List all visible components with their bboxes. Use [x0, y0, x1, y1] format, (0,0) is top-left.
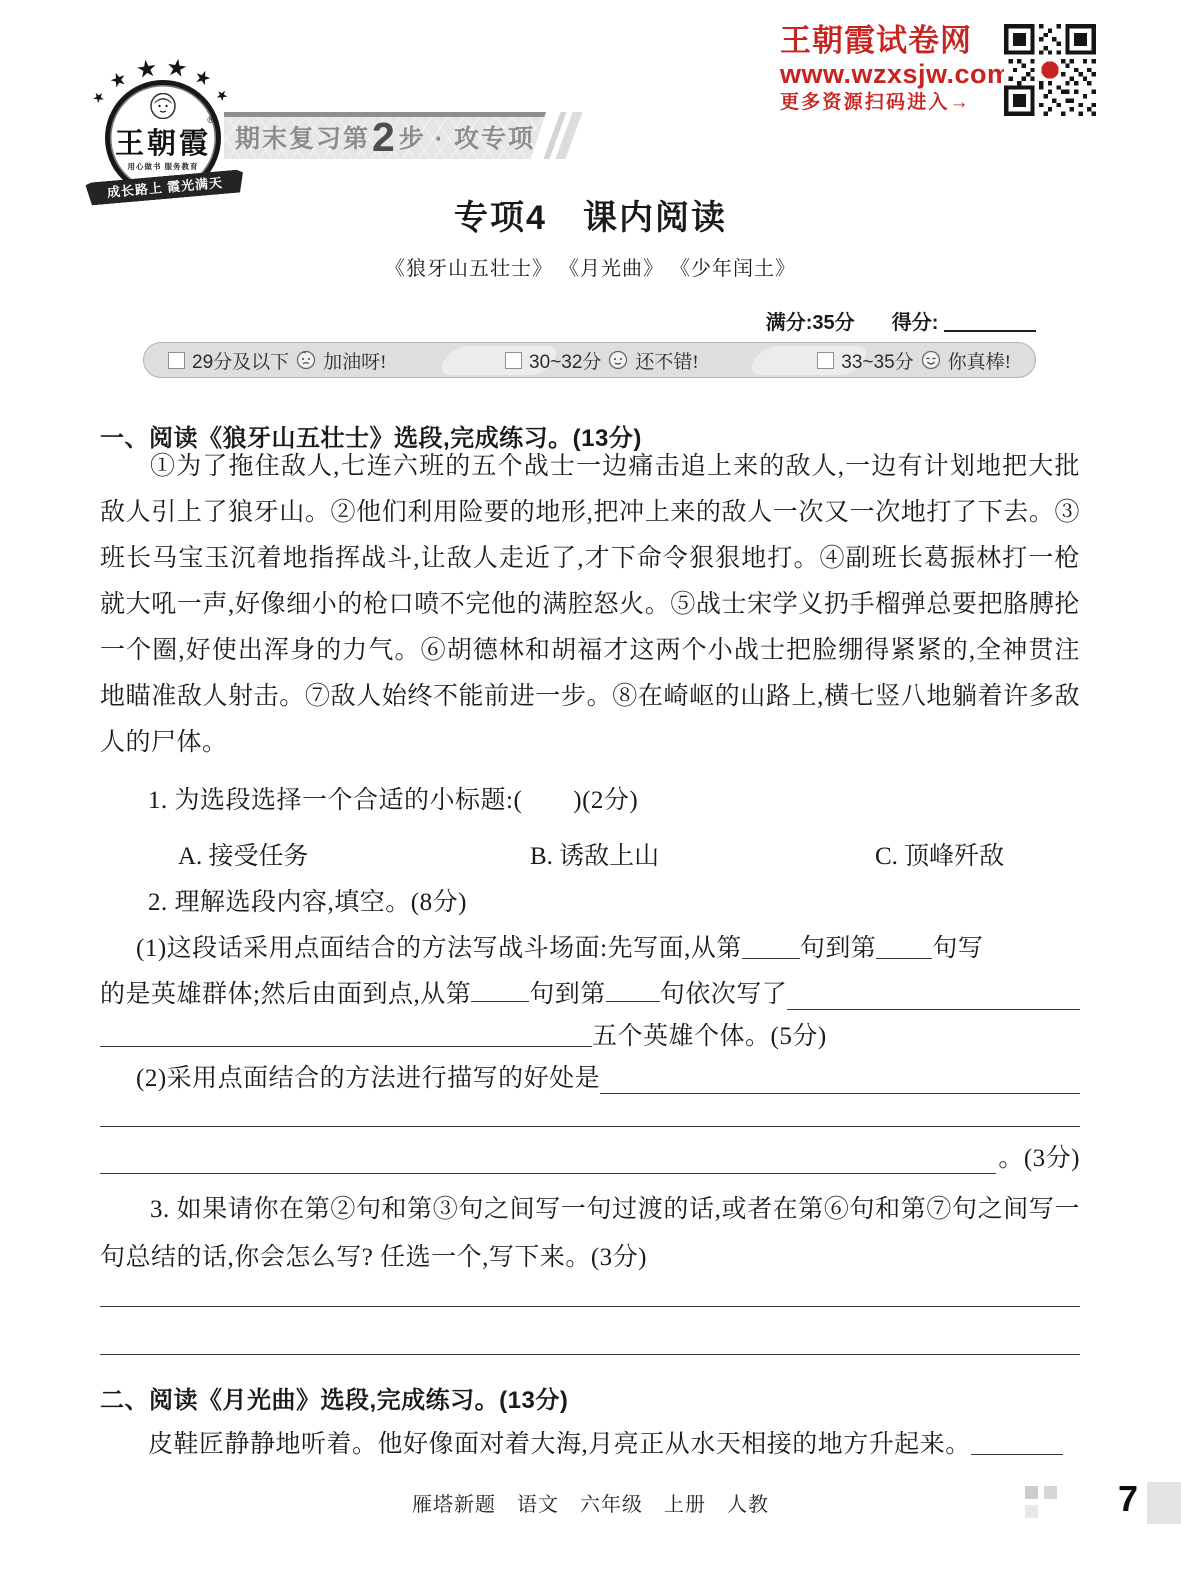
site-name: 王朝霞试卷网: [780, 24, 1002, 58]
page-number: 7: [1108, 1478, 1148, 1520]
question-2-1-line1: (1)这段话采用点面结合的方法写战斗场面:先写面,从第句到第句写: [136, 928, 983, 964]
score-band: 29分及以下 加油呀! 30~32分 还不错! 33~35分 你真棒!: [143, 342, 1036, 378]
face-icon: [921, 350, 941, 370]
q2-1-text: 五个英雄个体。(5分): [592, 1023, 827, 1050]
band-segment-high: 33~35分 你真棒!: [817, 347, 1011, 374]
site-url[interactable]: www.wzxsjw.com: [780, 58, 1002, 90]
page-decoration-square: [1025, 1486, 1038, 1499]
q2-2-text: (2)采用点面结合的方法进行描写的好处是: [136, 1058, 600, 1094]
q2-1-text: 句到第: [529, 974, 606, 1010]
chapter-banner: 期末复习第 2 步 · 攻专项: [224, 112, 546, 159]
fill-blank: [742, 932, 800, 959]
q2-1-text: 句依次写了: [660, 974, 788, 1010]
question-2: 2. 理解选段内容,填空。(8分): [148, 882, 467, 918]
page-decoration-square: [1025, 1505, 1038, 1518]
footer-meta: 雁塔新题 语文 六年级 上册 人教: [0, 1488, 1181, 1517]
score-label: 得分:: [892, 312, 939, 334]
banner-step-number: 2: [372, 117, 397, 158]
q2-1-text: 句到第: [800, 935, 877, 962]
star-icon: ★: [107, 69, 130, 93]
banner-post: 步 · 攻专项: [399, 119, 535, 155]
band-message: 加油呀!: [323, 347, 386, 374]
banner-pre: 期末复习第: [235, 119, 370, 155]
logo-brand-text: 王朝霞: [110, 121, 216, 162]
section2-passage-line: 皮鞋匠静静地听着。他好像面对着大海,月亮正从水天相接的地方升起来。: [148, 1424, 1063, 1460]
option-a[interactable]: A. 接受任务: [178, 836, 309, 872]
band-segment-low: 29分及以下 加油呀!: [168, 347, 386, 374]
band-message: 还不错!: [635, 347, 698, 374]
brand-logo: ★ ★ ★ ★ ★ ★ 王朝霞 ® 用心做书 服务教育 成长路上 霞光满天: [90, 56, 242, 208]
answer-line: [100, 1328, 1080, 1355]
fill-blank: [876, 932, 932, 959]
banner-text: 期末复习第 2 步 · 攻专项: [235, 117, 535, 158]
option-b[interactable]: B. 诱敌上山: [530, 836, 659, 872]
question-1: 1. 为选段选择一个合适的小标题:( )(2分): [148, 780, 638, 816]
fill-blank: [100, 1020, 592, 1047]
band-range-label: 30~32分: [529, 347, 601, 374]
q2-2-score: 。(3分): [998, 1138, 1080, 1174]
star-icon: ★: [134, 57, 159, 84]
face-icon: [296, 350, 316, 370]
answer-line: [100, 1280, 1080, 1307]
score-line: 满分:35分 得分:: [600, 306, 1036, 335]
banner-top-strip: [224, 112, 546, 117]
star-icon: ★: [213, 86, 231, 105]
registered-mark: ®: [207, 115, 214, 125]
question-3: 3. 如果请你在第②句和第③句之间写一句过渡的话,或者在第⑥句和第⑦句之间写一句…: [100, 1186, 1080, 1282]
page-subtitle: 《狼牙山五壮士》 《月光曲》 《少年闰土》: [0, 252, 1181, 281]
fill-blank: [600, 1067, 1080, 1094]
star-icon: ★: [89, 88, 107, 107]
band-range-label: 29分及以下: [192, 347, 289, 374]
fill-blank: [606, 975, 660, 1002]
site-cta: 更多资源扫码进入→: [780, 90, 1002, 116]
question-2-1-line2: 的是英雄群体;然后由面到点,从第句到第句依次写了: [100, 974, 1080, 1010]
band-range-label: 33~35分: [841, 347, 913, 374]
answer-line: [100, 1100, 1080, 1127]
fill-blank: [971, 1428, 1063, 1455]
fill-blank: [471, 975, 529, 1002]
section1-passage: ①为了拖住敌人,七连六班的五个战士一边痛击追上来的敌人,一边有计划地把大批敌人引…: [100, 444, 1080, 766]
full-score-label: 满分:35分: [766, 312, 855, 334]
band-message: 你真棒!: [948, 347, 1011, 374]
option-c[interactable]: C. 顶峰歼敌: [875, 836, 1004, 872]
portrait-icon: [150, 93, 176, 119]
answer-line-with-score: 。(3分): [100, 1138, 1080, 1174]
answer-line: [100, 1147, 996, 1174]
question-1-options: A. 接受任务 B. 诱敌上山 C. 顶峰歼敌: [100, 836, 1080, 876]
question-2-1-line3: 五个英雄个体。(5分): [100, 1016, 827, 1052]
fill-blank: [787, 983, 1080, 1010]
section2-heading: 二、阅读《月光曲》选段,完成练习。(13分): [100, 1380, 568, 1415]
q2-1-text: 的是英雄群体;然后由面到点,从第: [100, 974, 471, 1010]
checkbox[interactable]: [817, 352, 834, 369]
score-blank: [944, 309, 1036, 332]
band-segment-mid: 30~32分 还不错!: [505, 347, 699, 374]
q2-1-text: (1)这段话采用点面结合的方法写战斗场面:先写面,从第: [136, 935, 742, 962]
section2-passage: 皮鞋匠静静地听着。他好像面对着大海,月亮正从水天相接的地方升起来。: [148, 1431, 971, 1458]
site-promo: 王朝霞试卷网 www.wzxsjw.com 更多资源扫码进入→: [780, 24, 1002, 116]
q2-1-text: 句写: [932, 935, 983, 962]
qr-code: [1004, 24, 1096, 116]
face-icon: [608, 350, 628, 370]
question-2-2-line1: (2)采用点面结合的方法进行描写的好处是: [136, 1058, 1080, 1094]
logo-slogan: 用心做书 服务教育: [110, 161, 216, 172]
page-number-strip: [1147, 1482, 1181, 1524]
page-decoration-square: [1044, 1486, 1057, 1499]
checkbox[interactable]: [505, 352, 522, 369]
checkbox[interactable]: [168, 352, 185, 369]
star-icon: ★: [191, 67, 214, 91]
star-icon: ★: [164, 56, 189, 83]
